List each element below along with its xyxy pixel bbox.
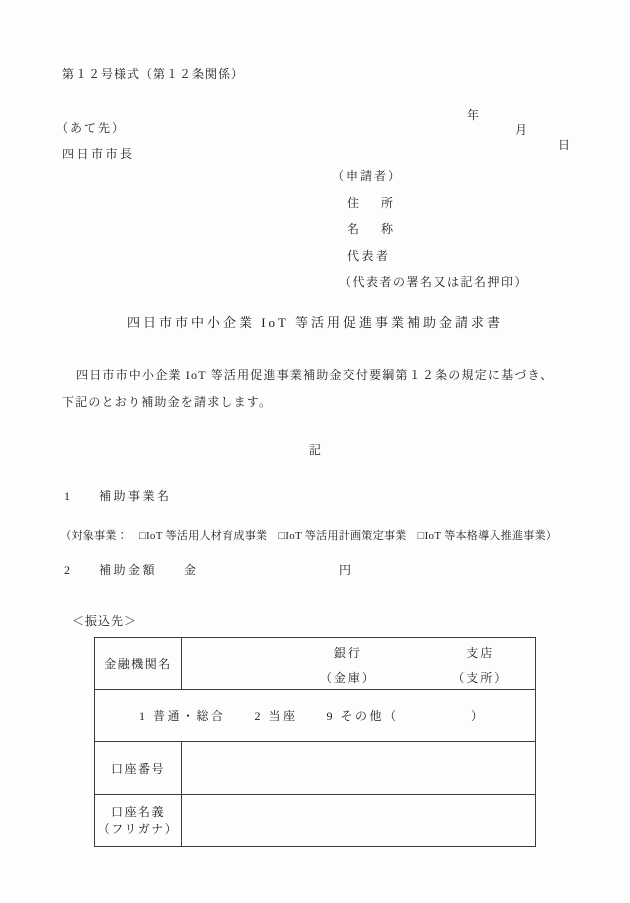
checkbox-icon[interactable]: □ [139,530,146,542]
section1-heading: 補助事業名 [99,489,172,504]
bank-label: 銀行 [334,644,362,661]
account-holder-label-cell: 口座名義 （フリガナ） [95,795,182,847]
account-holder-input-area[interactable] [182,795,536,847]
account-holder-sub-label: （フリガナ） [95,821,181,838]
transfer-destination-heading: ＜振込先＞ [72,614,137,629]
target-note-suffix: ） [546,530,557,542]
account-type-options[interactable]: 1 普通・総合 2 当座 9 その他（ ） [95,690,536,742]
applicant-label: （申請者） [332,169,402,184]
table-row-account-holder: 口座名義 （フリガナ） [95,795,536,847]
date-year-label: 年 [467,108,481,123]
branch-sub-label: （支所） [452,669,508,686]
section1-number: 1 [64,489,72,504]
target-note-prefix: （対象事業： [60,530,128,542]
addressee: 四日市市長 [62,147,135,162]
form-number: 第１２号様式（第１２条関係） [62,67,244,82]
applicant-name-label: 名 称 [347,222,398,237]
target-option-2: □IoT 等活用計画策定事業 [278,530,406,542]
applicant-representative-label: 代表者 [347,249,391,264]
target-option-label: IoT 等活用人材育成事業 [146,530,267,542]
target-business-note: （対象事業：□IoT 等活用人材育成事業□IoT 等活用計画策定事業□IoT 等… [48,514,557,559]
account-holder-label: 口座名義 [95,804,181,821]
bank-sub-label: （金庫） [320,669,376,686]
target-option-label: IoT 等活用計画策定事業 [285,530,406,542]
record-mark: 記 [0,443,630,458]
table-row-account-type: 1 普通・総合 2 当座 9 その他（ ） [95,690,536,742]
date-day-label: 日 [558,138,572,153]
target-option-1: □IoT 等活用人材育成事業 [139,530,267,542]
table-row-institution: 金融機関名 銀行 支店 （金庫） （支所） [95,638,536,690]
institution-input-area[interactable]: 銀行 支店 （金庫） （支所） [182,638,536,690]
target-option-3: □IoT 等本格導入推進事業 [418,530,546,542]
branch-label: 支店 [466,644,494,661]
checkbox-icon[interactable]: □ [418,530,425,542]
body-paragraph-line1: 四日市市中小企業 IoT 等活用促進事業補助金交付要綱第１２条の規定に基づき、 [76,368,553,383]
amount-suffix-label: 円 [339,563,353,578]
amount-prefix-label: 金 [184,563,198,578]
subsidy-claim-form-page: 第１２号様式（第１２条関係） 年 月 日 （あて先） 四日市市長 （申請者） 住… [0,0,630,903]
table-row-account-number: 口座番号 [95,742,536,795]
institution-label-cell: 金融機関名 [95,638,182,690]
target-option-label: IoT 等本格導入推進事業 [425,530,546,542]
section2-number: 2 [64,563,72,578]
bank-transfer-table: 金融機関名 銀行 支店 （金庫） （支所） 1 普通・総合 2 当座 9 その他… [94,637,536,847]
page-title: 四日市市中小企業 IoT 等活用促進事業補助金請求書 [0,315,630,330]
section2-heading: 補助金額 [99,563,157,578]
applicant-address-label: 住 所 [347,196,398,211]
addressee-note: （あて先） [56,121,126,136]
account-number-input-area[interactable] [182,742,536,795]
account-number-label-cell: 口座番号 [95,742,182,795]
date-month-label: 月 [515,123,529,138]
body-paragraph-line2: 下記のとおり補助金を請求します。 [62,395,272,410]
signature-note: （代表者の署名又は記名押印） [339,275,528,290]
